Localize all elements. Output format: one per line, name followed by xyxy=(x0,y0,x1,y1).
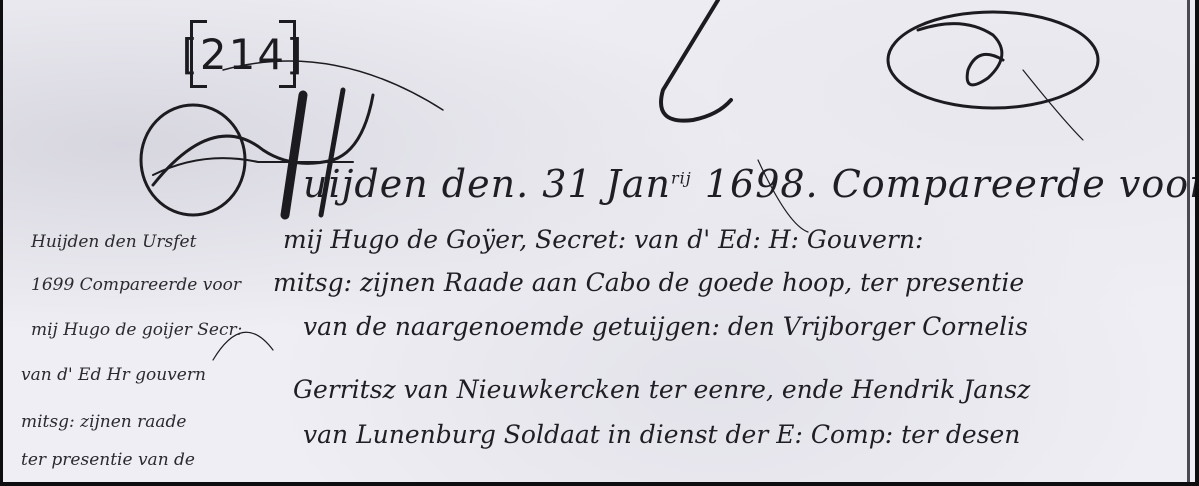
margin-note-2: 1699 Compareerde voor xyxy=(31,275,241,295)
margin-note-5: mitsg: zijnen raade xyxy=(21,412,187,432)
body-line-5: van Lunenburg Soldaat in dienst der E: C… xyxy=(303,420,1020,449)
body-line-3: van de naargenoemde getuijgen: den Vrijb… xyxy=(303,312,1028,341)
page-edge-rule xyxy=(1187,0,1190,482)
body-line-2: mitsg: zijnen Raade aan Cabo de goede ho… xyxy=(273,268,1024,297)
margin-note-3: mij Hugo de goijer Secr: xyxy=(31,320,242,340)
heading-date: uijden den. 31 Jan xyxy=(303,162,671,206)
folio-number-text: [214] xyxy=(182,30,305,79)
margin-note-4: van d' Ed Hr gouvern xyxy=(21,365,206,385)
heading-superscript: rij xyxy=(671,168,692,187)
folio-number: [214] xyxy=(190,20,296,88)
margin-note-1: Huijden den Ursfet xyxy=(31,232,196,252)
body-line-4: Gerritsz van Nieuwkercken ter eenre, end… xyxy=(293,375,1030,404)
margin-note-6: ter presentie van de xyxy=(21,450,195,470)
entry-heading: uijden den. 31 Janrij 1698. Compareerde … xyxy=(303,162,1195,206)
heading-year: 1698. Compareerde voor xyxy=(705,162,1195,206)
manuscript-page: [214] uijden den. 31 Janrij 1698. Compar… xyxy=(3,0,1195,482)
body-line-1: mij Hugo de Goÿer, Secret: van d' Ed: H:… xyxy=(283,225,923,254)
